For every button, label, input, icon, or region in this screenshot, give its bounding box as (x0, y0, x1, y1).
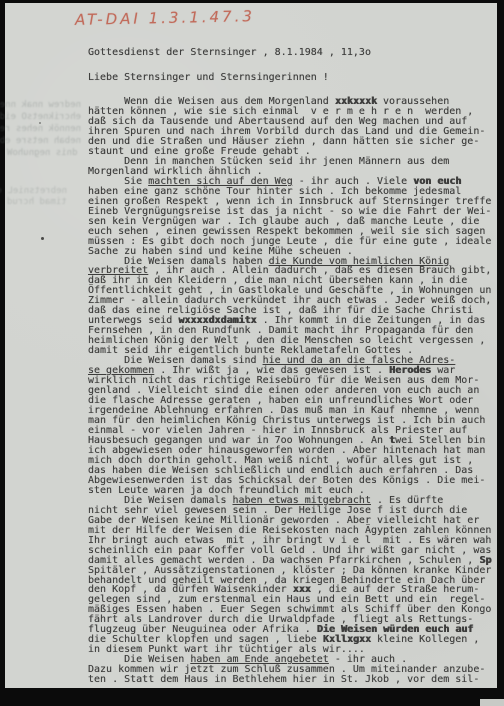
bleed-fragment: nennök nehes re (7, 123, 81, 135)
text-segment: kleine Kollegen , (371, 634, 479, 645)
archive-reference-annotation: AT-DAI 1.3.1.47.3 (75, 7, 255, 29)
text-segment: ten . Statt dem Haus in Bethlehem hier i… (88, 674, 479, 685)
paper: AT-DAI 1.3.1.47.3 Gottesdienst der Stern… (5, 3, 497, 688)
scan-edge-notch (480, 699, 504, 706)
ink-bleed-through: nedrew nnak nnelehcriknetsO eidnennök ne… (7, 99, 81, 159)
bleed-fragment: timad hcrud (7, 197, 67, 208)
scanned-page: AT-DAI 1.3.1.47.3 Gottesdienst der Stern… (0, 0, 504, 706)
bleed-fragment: nebretsnieL ed (7, 186, 67, 197)
bleed-fragment: dnis negnuhoW (7, 147, 81, 159)
document-body: Wenn die Weisen aus dem Morgenland xxkxx… (88, 97, 491, 685)
ink-speck (41, 237, 44, 240)
bleed-fragment: nebah netsre eb (7, 135, 81, 147)
text-line: ten . Statt dem Haus in Bethlehem hier i… (88, 675, 491, 685)
bleed-fragment: ehcriknetsO eid (7, 111, 81, 123)
salutation-line: Liebe Sternsinger und Sternsingerinnen ! (88, 73, 329, 83)
ink-bleed-through: nebretsnieL edtimad hcrud (7, 186, 67, 208)
bleed-fragment: nedrew nnak nnel (7, 99, 81, 111)
ink-speck (39, 122, 41, 124)
document-title: Gottesdienst der Sternsinger , 8.1.1984 … (88, 48, 371, 58)
